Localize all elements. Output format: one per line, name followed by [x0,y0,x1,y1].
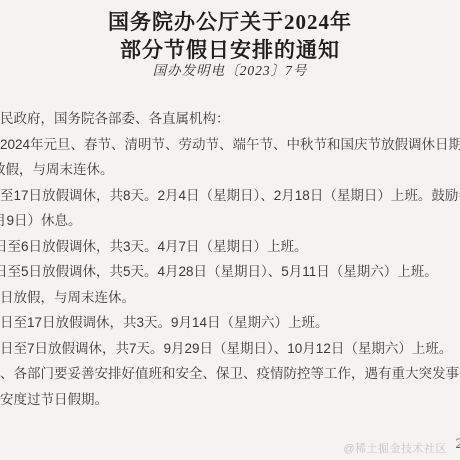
notice-document-page: 国务院办公厅关于2024年 部分节假日安排的通知 国办发明电〔2023〕7号 民… [0,0,460,460]
line-national-day: 日至7日放假调休，共7天。9月29日（星期日）、10月12日（星期六）上班。 [0,336,460,362]
notice-title: 国务院办公厅关于2024年 部分节假日安排的通知 [0,8,460,64]
line-mid-autumn: 日至17日放假调休，共3天。9月14日（星期六）上班。 [0,310,460,336]
line-spring-festival-cont: 月9日）休息。 [0,208,460,234]
line-labor-day: 日至5日放假调休，共5天。4月28日（星期日）、5月11日（星期六）上班。 [0,259,460,285]
line-spring-festival: 至17日放假调休，共8天。2月4日（星期日）、2月18日（星期日）上班。鼓励各单… [0,183,460,209]
line-dragon-boat: 日放假，与周末连休。 [0,285,460,311]
line-qingming: 日至6日放假调休，共3天。4月7日（星期日）上班。 [0,234,460,260]
page-number-fragment: 2 [456,436,460,453]
line-overview: 2024年元旦、春节、清明节、劳动节、端午节、中秋节和国庆节放假调休日期的具体 [0,132,460,158]
line-duty-arrangements-cont: 安度过节日假期。 [0,387,460,413]
line-duty-arrangements: 、各部门要妥善安排好值班和安全、保卫、疫情防控等工作，遇有重大突发事件，要 [0,361,460,387]
doc-number: 国办发明电〔2023〕7号 [0,62,460,80]
line-addressees: 民政府，国务院各部委、各直属机构： [0,106,460,132]
notice-title-line1: 国务院办公厅关于2024年 [0,8,460,36]
notice-title-line2: 部分节假日安排的通知 [0,36,460,64]
watermark: @稀土掘金技术社区 [343,442,447,456]
line-new-year: 放假，与周末连休。 [0,157,460,183]
notice-body: 民政府，国务院各部委、各直属机构： 2024年元旦、春节、清明节、劳动节、端午节… [0,106,460,412]
